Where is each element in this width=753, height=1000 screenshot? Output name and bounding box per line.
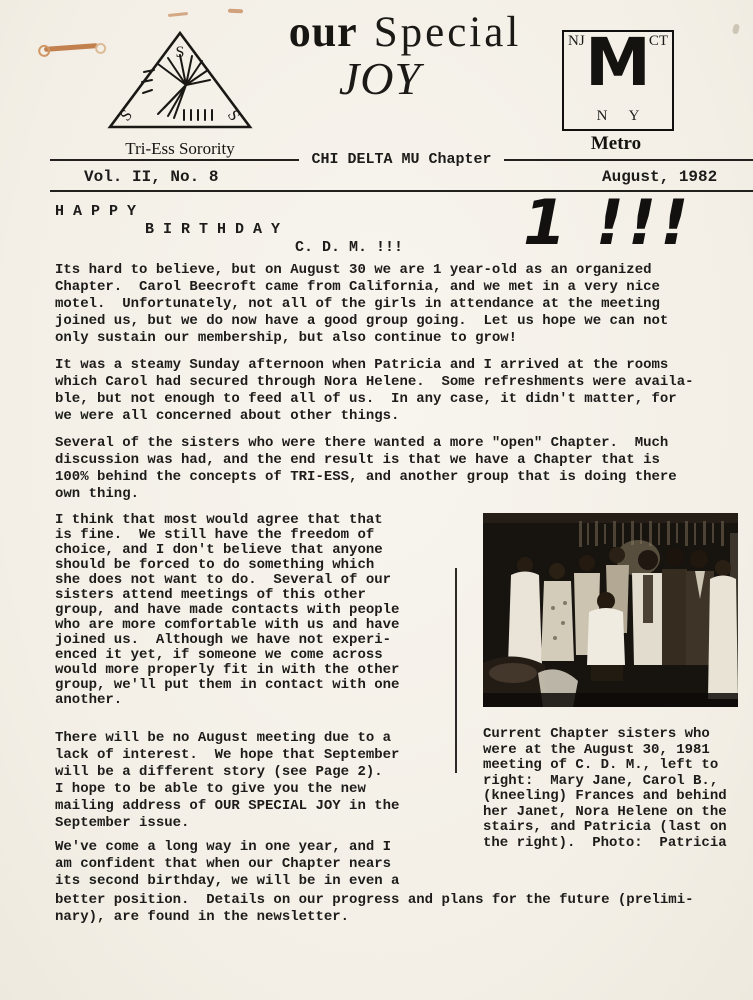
paper-stain — [168, 12, 188, 17]
issue-date: August, 1982 — [602, 168, 717, 186]
two-column-section: I think that most would agree that that … — [55, 513, 752, 890]
paragraph-5: There will be no August meeting due to a… — [55, 730, 483, 832]
metro-m-letter: M — [564, 28, 672, 97]
newsletter-page: ourSpecial JOY S S S — [0, 0, 753, 1000]
chapter-banner: CHI DELTA MU Chapter — [50, 151, 753, 168]
photo-caption: Current Chapter sisters who were at the … — [483, 727, 738, 851]
paper-stain — [44, 43, 98, 52]
chapter-name: CHI DELTA MU Chapter — [299, 151, 503, 168]
paragraph-6-start: We've come a long way in one year, and I… — [55, 839, 483, 890]
left-column: I think that most would agree that that … — [55, 513, 483, 890]
right-column: Current Chapter sisters who were at the … — [483, 513, 738, 865]
headline-line-2: B I R T H D A Y — [145, 221, 403, 239]
paragraph-2: It was a steamy Sunday afternoon when Pa… — [55, 357, 752, 425]
headline: H A P P Y B I R T H D A Y C. D. M. !!! — [55, 203, 403, 257]
paragraph-4: I think that most would agree that that … — [55, 513, 483, 708]
paragraph-1: Its hard to believe, but on August 30 we… — [55, 262, 752, 347]
triess-sunburst-icon — [142, 55, 212, 120]
metro-logo-icon: NJ CT M N Y — [562, 30, 674, 131]
rule-right — [504, 159, 753, 161]
birthday-big-number: 1 !!! — [523, 186, 693, 259]
paragraph-6-end: better position. Details on our progress… — [55, 892, 752, 926]
metro-ny-label: N Y — [564, 108, 672, 125]
headline-line-3: C. D. M. !!! — [295, 239, 403, 257]
triess-logo-block: S S S — [102, 30, 258, 159]
headline-line-1: H A P P Y — [55, 203, 403, 221]
paper-stain — [732, 23, 740, 34]
paragraph-3: Several of the sisters who were there wa… — [55, 435, 752, 503]
triess-triangle-logo-icon: S S S — [102, 30, 258, 132]
group-photo — [483, 513, 738, 707]
article-body: Its hard to believe, but on August 30 we… — [55, 262, 752, 926]
title-joy: JOY — [300, 52, 460, 105]
paper-stain — [228, 9, 243, 14]
masthead-title: ourSpecial — [255, 6, 555, 57]
rule-left — [50, 159, 299, 161]
title-special: Special — [374, 9, 522, 56]
triess-s-left: S — [117, 107, 136, 125]
column-divider-rule — [455, 568, 457, 773]
triess-s-right: S — [224, 107, 243, 124]
volume-label: Vol. II, No. 8 — [84, 168, 218, 186]
title-our: our — [289, 7, 358, 56]
